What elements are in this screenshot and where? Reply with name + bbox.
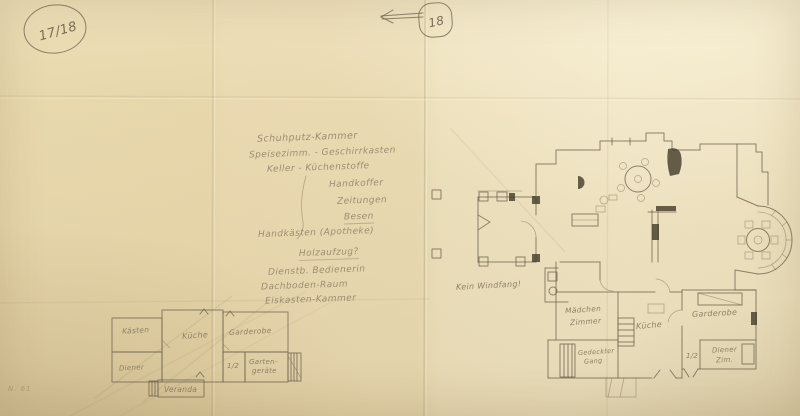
room-maedchen-line1: Mädchen — [565, 304, 602, 316]
sheet-ref-label: 17/18 — [37, 19, 79, 44]
pencil-drawing-layer: 17/18 18 — [0, 0, 800, 416]
bay-dining-table — [738, 221, 778, 259]
sheet-number-circle: 18 — [418, 2, 453, 38]
small-plan-fraction: 1/2 — [227, 362, 239, 370]
exterior-step — [606, 378, 636, 397]
main-plan-fraction: 1/2 — [686, 352, 698, 360]
hall-furniture — [572, 148, 682, 262]
small-plan-room-kueche: Küche — [182, 330, 209, 341]
paper-creases — [0, 0, 800, 416]
room-diener-line1: Diener — [712, 345, 738, 354]
small-plan-room-veranda: Veranda — [164, 385, 197, 394]
room-gang-line2: Gang — [584, 356, 603, 365]
room-garderobe: Garderobe — [692, 308, 738, 319]
small-floor-plan: Kästen Diener Küche Garderobe 1/2 Garten… — [112, 309, 301, 397]
bay-window-walls — [735, 144, 792, 290]
sheet-number-label: 18 — [427, 13, 445, 30]
left-wing-walls — [478, 191, 536, 266]
notes-brace-stroke — [297, 176, 306, 239]
hall-walls — [521, 133, 737, 291]
stairs — [618, 318, 634, 346]
sheet-ref-oval: 17/18 — [21, 1, 88, 56]
small-plan-stairs — [288, 353, 301, 381]
small-plan-room-garderobe: Garderobe — [229, 326, 272, 337]
small-plan-garten-line1: Garten- — [249, 358, 278, 366]
annotation-kein-windfang: Kein Windfang! — [456, 279, 522, 291]
scanned-sketch-sheet: Schuhputz-Kammer Speisezimm. - Geschirrk… — [0, 0, 800, 416]
main-floor-plan: Kein Windfang! Mädchen Zimmer Küche Gard… — [432, 133, 792, 397]
garderobe-diener-walls — [668, 290, 757, 378]
room-maedchen-line2: Zimmer — [569, 316, 602, 327]
room-kueche: Küche — [636, 320, 663, 331]
small-plan-garten-line2: geräte — [252, 367, 277, 375]
small-plan-room-kaesten: Kästen — [122, 325, 150, 336]
gang-post-hatch — [560, 344, 575, 377]
small-plan-room-diener: Diener — [119, 363, 145, 372]
kitchen-walls — [548, 279, 682, 397]
room-gang-line1: Gedeckter — [578, 347, 616, 358]
arrow-left-icon — [381, 10, 423, 23]
room-diener-line2: Zim. — [715, 356, 733, 365]
